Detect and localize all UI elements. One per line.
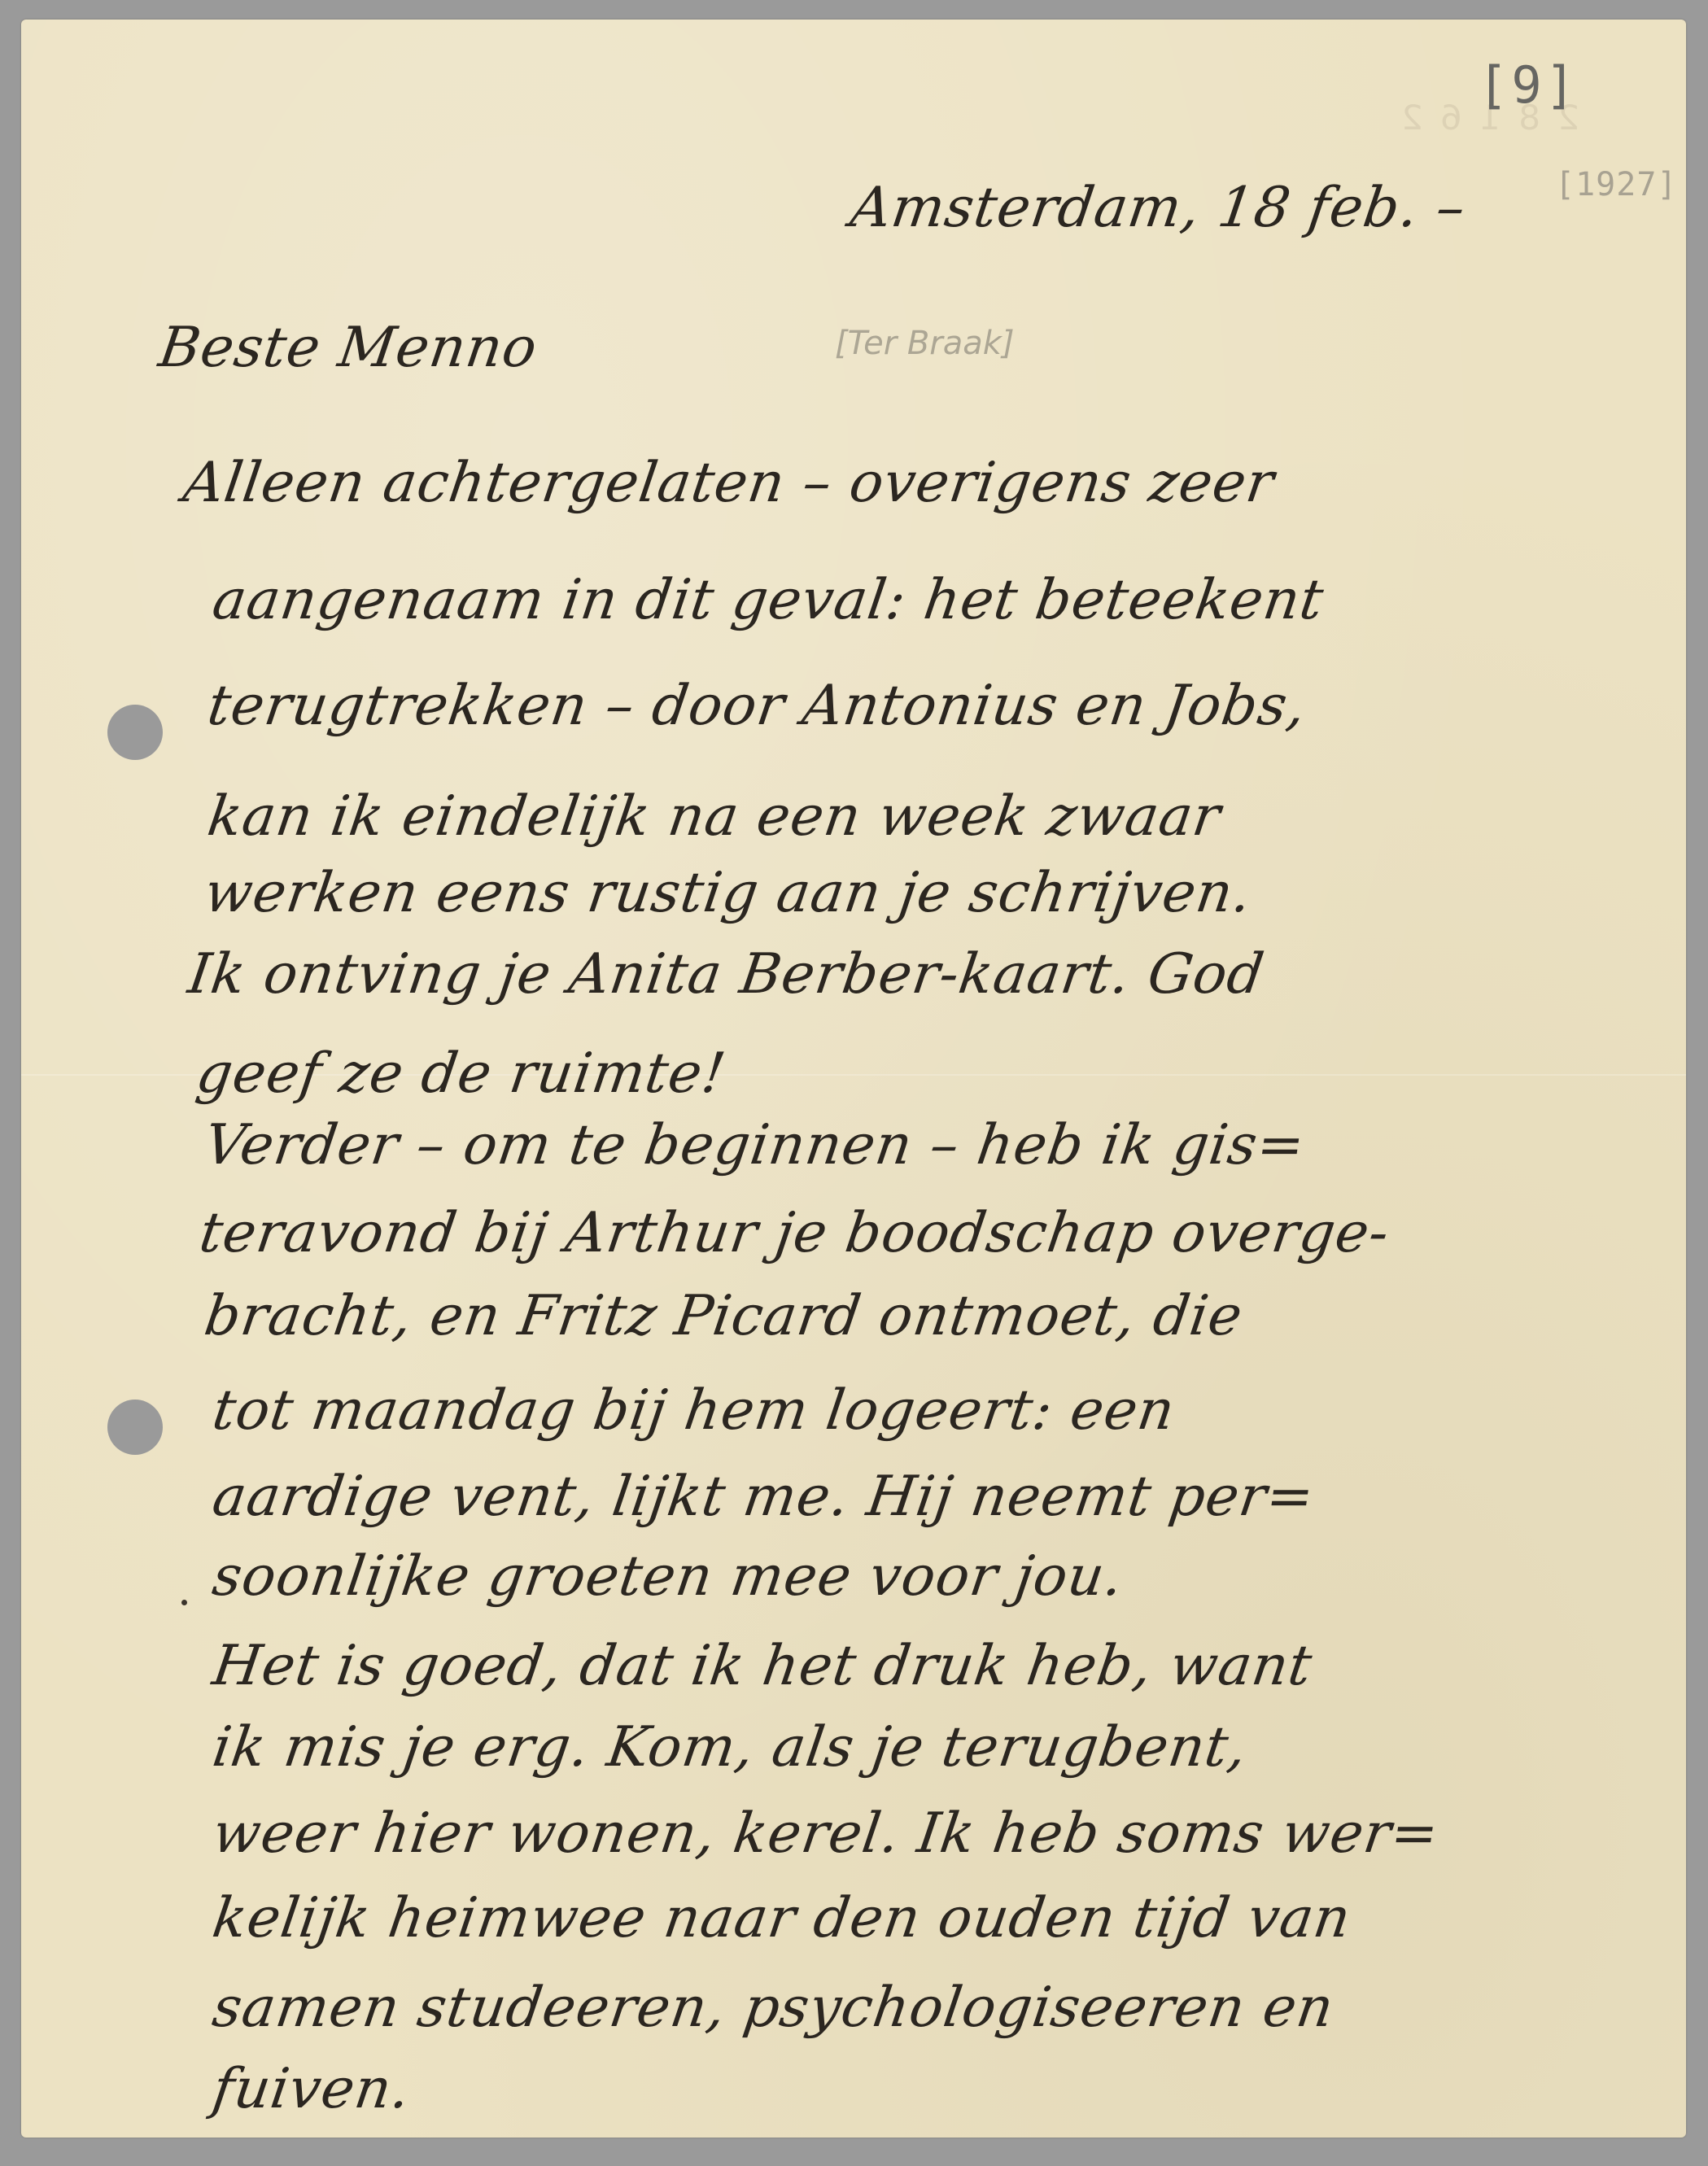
archive-item-number: [9] <box>1478 55 1579 115</box>
place-date-heading: Amsterdam, 18 feb. – <box>847 181 1469 236</box>
letter-line-18: samen studeeren, psychologiseeren en <box>209 1980 1337 2036</box>
letter-line-13: soonlijke groeten mee voor jou. <box>209 1549 1126 1605</box>
letter-line-3: terugtrekken – door Antonius en Jobs, <box>204 679 1309 734</box>
letter-line-19: fuiven. <box>209 2062 413 2117</box>
letter-line-9: teravond bij Arthur je boodschap overge- <box>196 1206 1392 1261</box>
letter-line-17: kelijk heimwee naar den ouden tijd van <box>209 1891 1354 1946</box>
letter-line-6: Ik ontving je Anita Berber-kaart. God <box>185 947 1268 1002</box>
salutation: Beste Menno <box>155 321 540 376</box>
margin-ink-dot <box>181 1600 187 1605</box>
letter-line-10: bracht, en Fritz Picard ontmoet, die <box>201 1289 1246 1344</box>
archive-year-annotation: [1927] <box>1555 166 1678 203</box>
letter-line-8: Verder – om te beginnen – heb ik gis= <box>201 1118 1308 1173</box>
letter-line-14: Het is goed, dat ik het druk heb, want <box>209 1639 1316 1694</box>
letter-line-5: werken eens rustig aan je schrijven. <box>201 866 1255 921</box>
letter-page: 2 8 1 6 2 [9] [1927] [Ter Braak] Amsterd… <box>21 20 1686 2138</box>
letter-line-12: aardige vent, lijkt me. Hij neemt per= <box>209 1469 1317 1525</box>
letter-line-1: Alleen achtergelaten – overigens zeer <box>180 456 1278 511</box>
archive-recipient-annotation: [Ter Braak] <box>835 325 1015 362</box>
letter-line-16: weer hier wonen, kerel. Ik heb soms wer= <box>209 1806 1442 1862</box>
letter-line-2: aangenaam in dit geval: het beteekent <box>209 573 1327 628</box>
letter-line-4: kan ik eindelijk na een week zwaar <box>204 789 1224 845</box>
punch-hole-upper <box>107 705 163 760</box>
letter-line-7: geef ze de ruimte! <box>193 1046 729 1102</box>
letter-line-15: ik mis je erg. Kom, als je terugbent, <box>209 1720 1251 1775</box>
letter-line-11: tot maandag bij hem logeert: een <box>209 1383 1178 1439</box>
punch-hole-lower <box>107 1400 163 1455</box>
